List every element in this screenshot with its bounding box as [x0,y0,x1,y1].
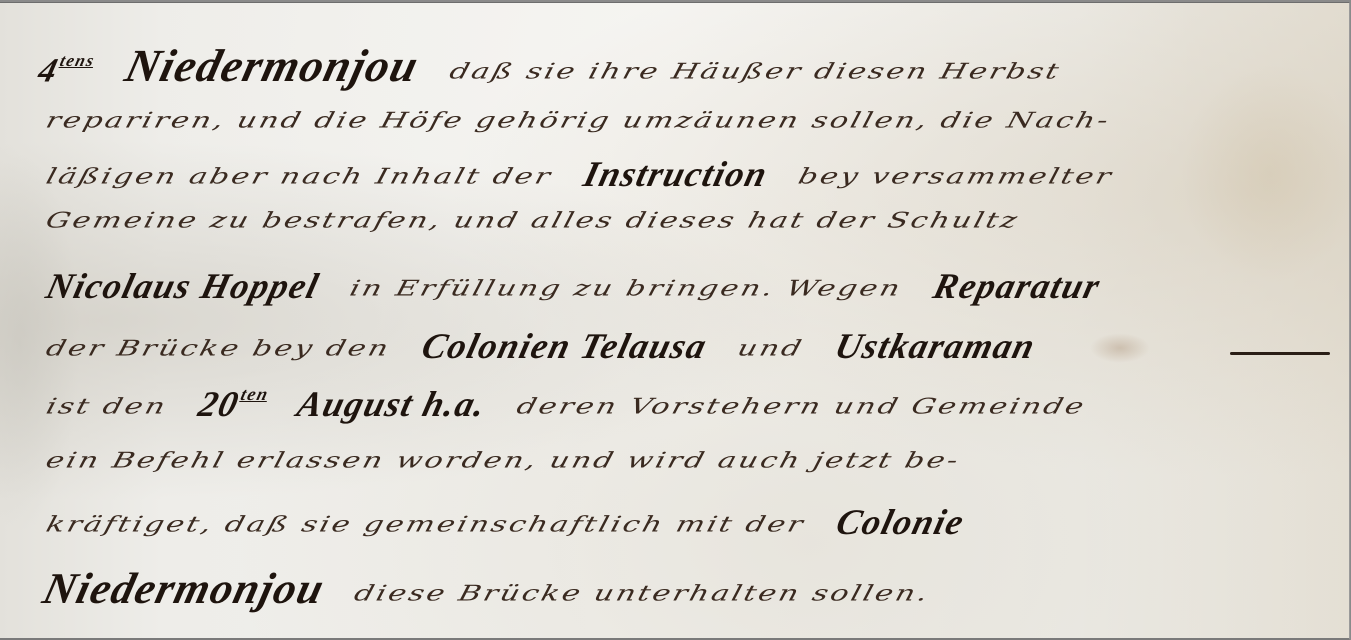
place-name-colonien-telausa: Colonien Telausa [418,325,712,367]
paper-stain [1090,333,1150,363]
manuscript-line-7: ist den 20ten August h.a. deren Vorstehe… [42,383,1113,425]
manuscript-line-6: der Brücke bey den Colonien Telausa und … [42,325,1062,367]
word-colonie: Colonie [832,501,969,543]
manuscript-line-5: Nicolaus Hoppel in Erfüllung zu bringen.… [42,265,1127,307]
line-text: Gemeine zu bestrafen, und alles dieses h… [43,208,1022,233]
ink-flourish-stroke [1230,352,1330,355]
line-text: bey versammelter [796,164,1116,189]
manuscript-line-4: Gemeine zu bestrafen, und alles dieses h… [42,203,1045,238]
line-number-prefix: 4tens [34,51,97,90]
manuscript-line-1: 4tens Niedermonjou daß sie ihre Häußer d… [34,39,1091,92]
manuscript-line-3: läßigen aber nach Inhalt der Instruction… [42,153,1141,195]
line-text: deren Vorstehern und Gemeinde [514,394,1089,419]
place-name-niedermonjou: Niedermonjou [38,563,330,614]
line-text: repariren, und die Höfe gehörig umzäunen… [43,108,1113,133]
line-text: und [735,336,807,361]
paper-stain [1180,63,1350,283]
manuscript-line-2: repariren, und die Höfe gehörig umzäunen… [42,103,1136,138]
word-instruction: Instruction [579,153,772,195]
date-month-august: August h.a. [293,383,491,425]
line-text: in Erfüllung zu bringen. Wegen [347,276,905,301]
word-reparatur: Reparatur [929,265,1105,307]
line-text: der Brücke bey den [43,336,393,361]
line-text: ein Befehl erlassen worden, und wird auc… [43,448,963,473]
line-text: daß sie ihre Häußer diesen Herbst [447,59,1064,84]
line-text: diese Brücke unterhalten sollen. [352,581,933,606]
manuscript-line-8: ein Befehl erlassen worden, und wird auc… [42,443,986,478]
place-name-niedermonjou: Niedermonjou [120,39,425,92]
line-text: läßigen aber nach Inhalt der [43,164,555,189]
line-text: kräftiget, daß sie gemeinschaftlich mit … [43,512,807,537]
person-name-nicolaus-hoppel: Nicolaus Hoppel [42,265,324,307]
date-day: 20ten [194,383,271,425]
line-text: ist den [43,394,170,419]
manuscript-page: 4tens Niedermonjou daß sie ihre Häußer d… [0,2,1350,640]
place-name-ustkaraman: Ustkaraman [831,325,1041,367]
manuscript-line-9: kräftiget, daß sie gemeinschaftlich mit … [42,501,991,543]
manuscript-line-10: Niedermonjou diese Brücke unterhalten so… [38,563,959,614]
